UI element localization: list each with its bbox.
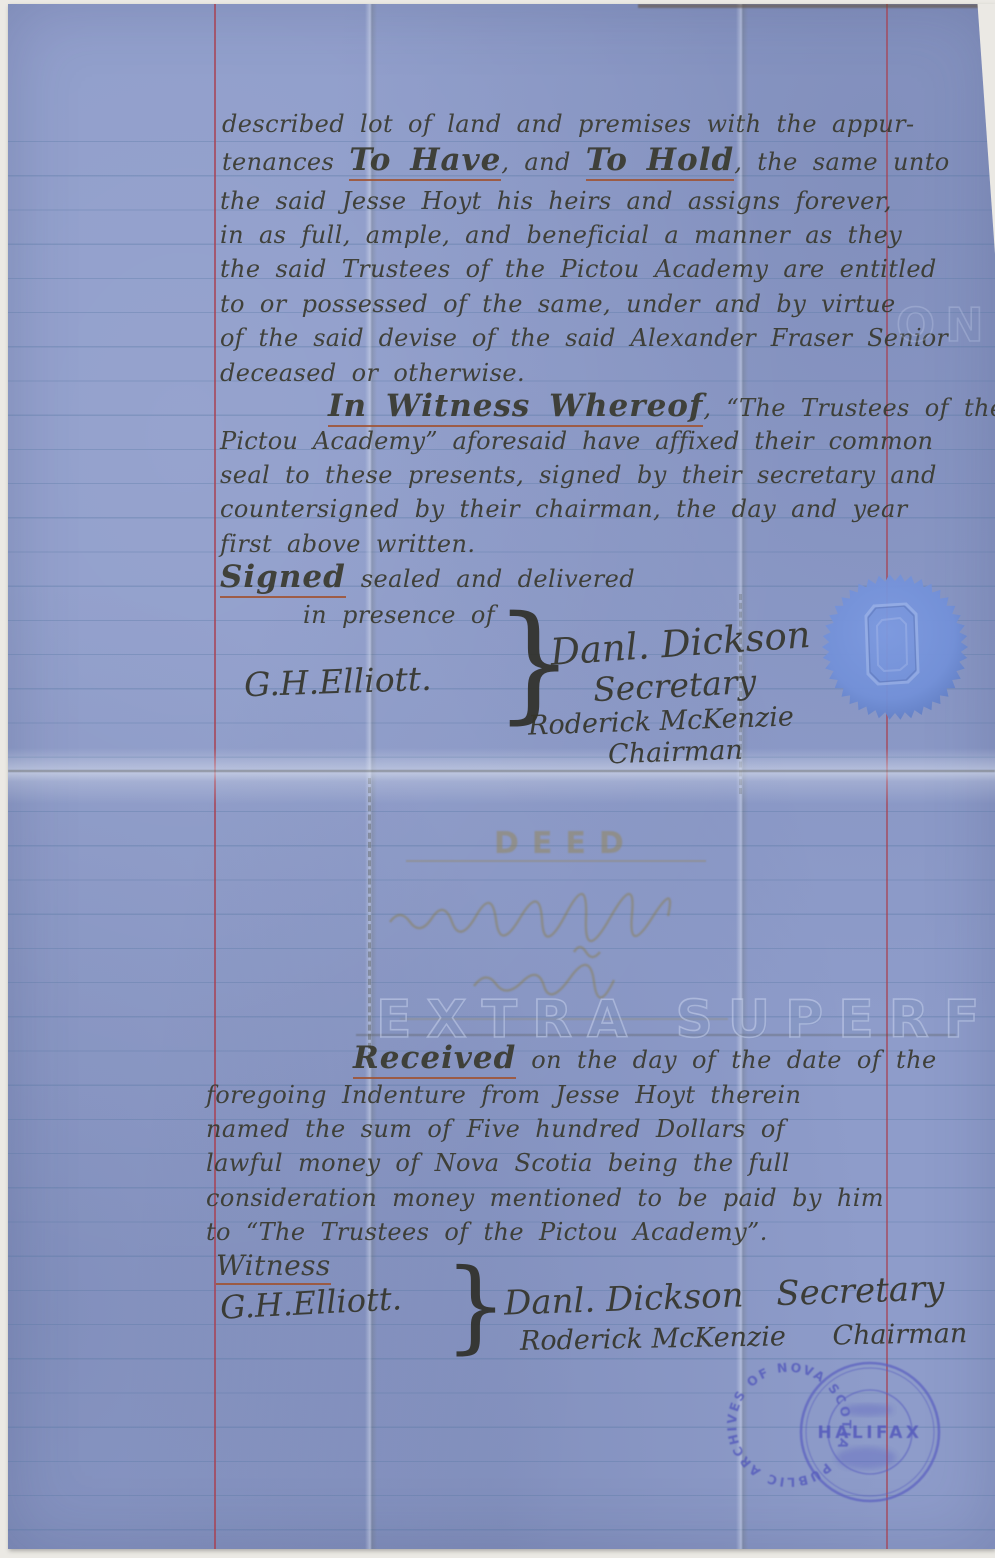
stamp-ink-smudge — [836, 1447, 896, 1469]
receipt-text-segment: on the day of the date of the — [516, 1046, 936, 1074]
to-hold-emphasis: To Hold — [586, 142, 734, 181]
secretary-title: Secretary — [776, 1268, 946, 1314]
deed-text-line: In Witness Whereof, “The Trustees of the — [328, 388, 995, 424]
deed-text-segment: sealed and delivered — [346, 565, 635, 593]
receipt-text-line: consideration money mentioned to be paid… — [206, 1184, 884, 1212]
in-witness-whereof-emphasis: In Witness Whereof — [328, 388, 703, 427]
receipt-text-line: to “The Trustees of the Pictou Academy”. — [206, 1218, 768, 1246]
witness-label: Witness — [216, 1249, 331, 1282]
crease-stitch-marks-left — [368, 778, 371, 1058]
bleedthrough-docket-title: DEED — [494, 826, 637, 861]
deed-text-line: of the said devise of the said Alexander… — [220, 324, 948, 352]
deed-text-segment: tenances — [222, 148, 349, 176]
deed-text-line: Pictou Academy” aforesaid have affixed t… — [220, 427, 933, 455]
deed-text-segment: , the same unto — [734, 148, 949, 176]
deed-text-line: to or possessed of the same, under and b… — [220, 290, 896, 318]
deed-text-line: seal to these presents, signed by their … — [220, 461, 937, 489]
deed-text-segment: , and — [501, 148, 585, 176]
deed-text-line: deceased or otherwise. — [220, 359, 525, 387]
deed-text-line: countersigned by their chairman, the day… — [220, 495, 908, 523]
signed-emphasis: Signed — [220, 559, 346, 598]
stamp-ink-smudge — [843, 1404, 893, 1416]
receipt-text-line: foregoing Indenture from Jesse Hoyt ther… — [206, 1081, 801, 1109]
chairman-title: Chairman — [608, 735, 744, 771]
embossed-wafer-seal — [818, 570, 972, 724]
embossed-watermark-top: ON — [896, 298, 994, 352]
to-have-emphasis: To Have — [349, 142, 501, 181]
stamp-center-text: HALIFAX — [818, 1423, 923, 1443]
signature-brace: } — [444, 1256, 508, 1356]
deed-text-segment: , “The Trustees of the — [703, 394, 995, 422]
chairman-signature: Roderick McKenzie — [520, 1321, 786, 1357]
deed-text-line: in presence of — [303, 601, 495, 629]
receipt-text-line: lawful money of Nova Scotia being the fu… — [206, 1149, 790, 1177]
secretary-signature: Danl. Dickson — [503, 1275, 744, 1323]
deed-text-line: in as full, ample, and beneficial a mann… — [220, 221, 902, 249]
scan-background: { "colors": { "paper_blue": "#8e9cca", "… — [0, 0, 995, 1558]
horizontal-fold-line — [8, 770, 995, 772]
receipt-text-line: Received on the day of the date of the — [353, 1040, 937, 1076]
received-emphasis: Received — [353, 1040, 516, 1079]
paper-top-edge — [638, 4, 995, 8]
receipt-text-line: named the sum of Five hundred Dollars of — [206, 1115, 785, 1143]
document-page: described lot of land and premises with … — [8, 4, 995, 1549]
deed-text-line: first above written. — [220, 530, 475, 558]
seal-scalloped-edge — [822, 574, 968, 720]
witness-label-text: Witness — [216, 1249, 331, 1285]
witness-signature: G.H.Elliott. — [243, 659, 432, 705]
deed-text-line: the said Jesse Hoyt his heirs and assign… — [220, 187, 892, 215]
chairman-title: Chairman — [832, 1318, 967, 1351]
deed-text-line: described lot of land and premises with … — [222, 110, 914, 138]
deed-text-line: the said Trustees of the Pictou Academy … — [220, 255, 937, 283]
bleedthrough-rule — [406, 860, 706, 862]
deed-text-line: tenances To Have, and To Hold, the same … — [222, 142, 950, 178]
archive-stamp: PUBLIC ARCHIVES OF NOVA SCOTIA HALIFAX — [786, 1348, 954, 1516]
horizontal-fold-band — [8, 748, 995, 804]
